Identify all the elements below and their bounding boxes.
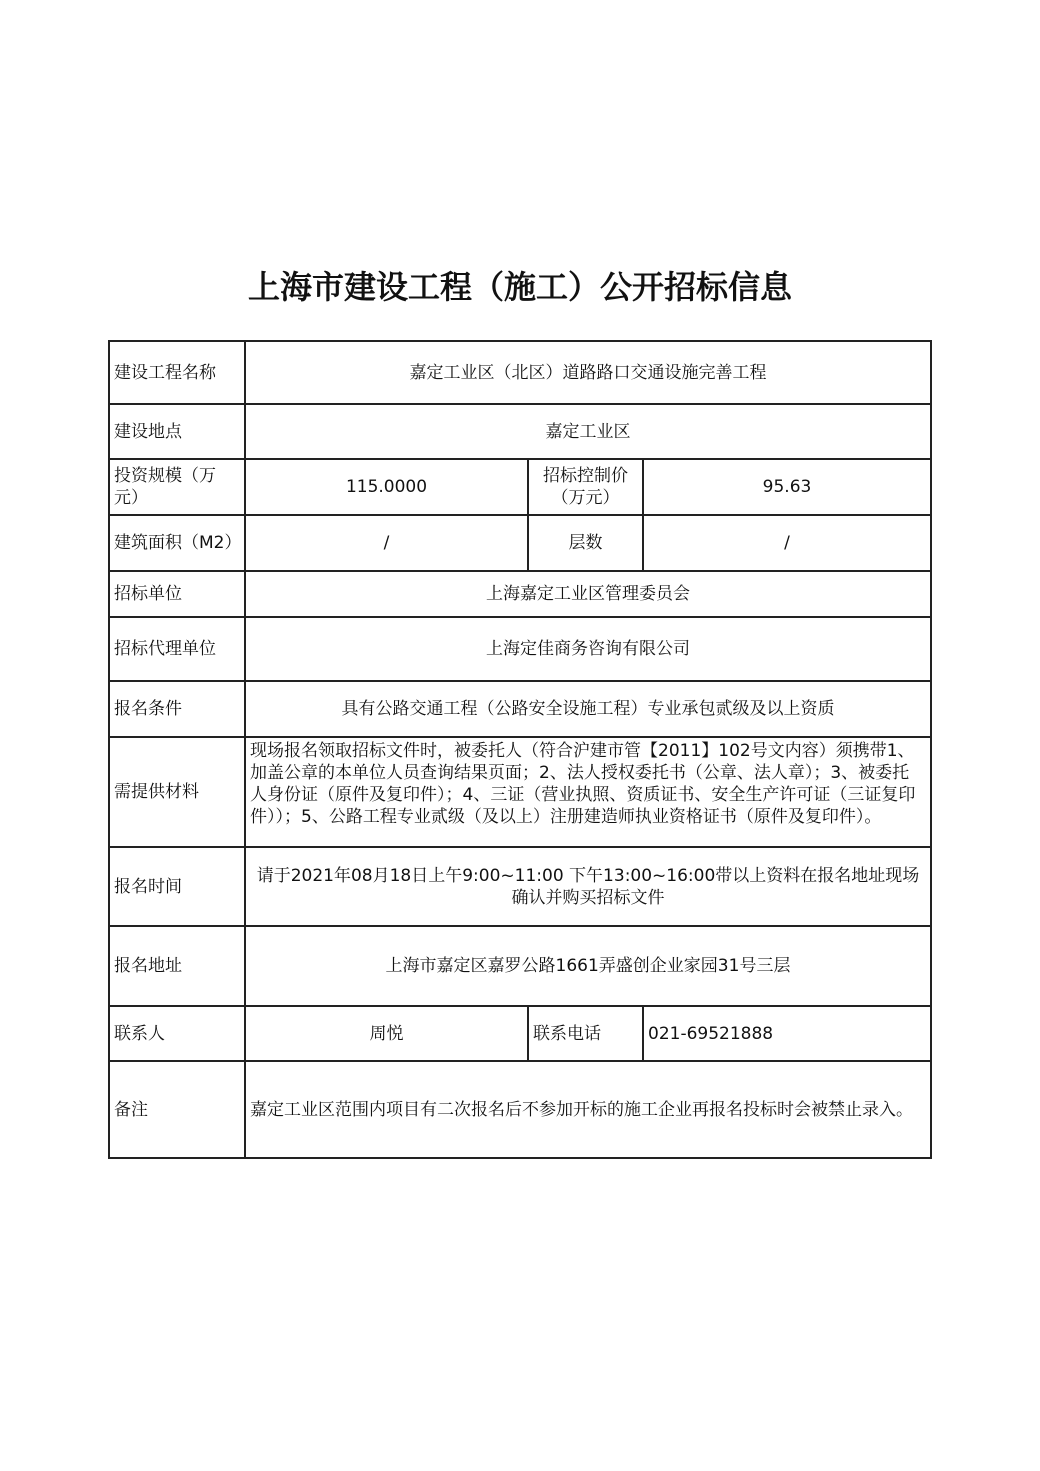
row-reg-time: 报名时间 请于2021年08月18日上午9:00~11:00 下午13:00~1… xyxy=(109,847,931,926)
row-location: 建设地点 嘉定工业区 xyxy=(109,404,931,459)
value-contact: 周悦 xyxy=(245,1006,528,1061)
value-tenderer: 上海嘉定工业区管理委员会 xyxy=(245,571,931,617)
row-reg-address: 报名地址 上海市嘉定区嘉罗公路1661弄盛创企业家园31号三层 xyxy=(109,926,931,1006)
label-contact: 联系人 xyxy=(109,1006,245,1061)
value-materials: 现场报名领取招标文件时，被委托人（符合沪建市管【2011】102号文内容）须携带… xyxy=(250,740,926,844)
page-title: 上海市建设工程（施工）公开招标信息 xyxy=(0,262,1040,308)
value-location: 嘉定工业区 xyxy=(245,404,931,459)
label-materials: 需提供材料 xyxy=(109,737,245,847)
label-control-price: 招标控制价（万元） xyxy=(528,459,643,515)
label-project-name: 建设工程名称 xyxy=(109,341,245,404)
value-reg-time: 请于2021年08月18日上午9:00~11:00 下午13:00~16:00带… xyxy=(245,847,931,926)
row-materials: 需提供材料 现场报名领取招标文件时，被委托人（符合沪建市管【2011】102号文… xyxy=(109,737,931,847)
label-conditions: 报名条件 xyxy=(109,681,245,737)
tender-info-table: 建设工程名称 嘉定工业区（北区）道路路口交通设施完善工程 建设地点 嘉定工业区 … xyxy=(108,340,932,1159)
row-project-name: 建设工程名称 嘉定工业区（北区）道路路口交通设施完善工程 xyxy=(109,341,931,404)
value-floors: / xyxy=(643,515,931,571)
row-tenderer: 招标单位 上海嘉定工业区管理委员会 xyxy=(109,571,931,617)
value-control-price: 95.63 xyxy=(643,459,931,515)
value-investment: 115.0000 xyxy=(245,459,528,515)
value-project-name: 嘉定工业区（北区）道路路口交通设施完善工程 xyxy=(245,341,931,404)
label-investment: 投资规模（万元） xyxy=(109,459,245,515)
row-investment: 投资规模（万元） 115.0000 招标控制价（万元） 95.63 xyxy=(109,459,931,515)
value-conditions: 具有公路交通工程（公路安全设施工程）专业承包贰级及以上资质 xyxy=(245,681,931,737)
label-floors: 层数 xyxy=(528,515,643,571)
value-remarks: 嘉定工业区范围内项目有二次报名后不参加开标的施工企业再报名投标时会被禁止录入。 xyxy=(245,1061,931,1158)
value-reg-address: 上海市嘉定区嘉罗公路1661弄盛创企业家园31号三层 xyxy=(245,926,931,1006)
row-area: 建筑面积（M2） / 层数 / xyxy=(109,515,931,571)
row-remarks: 备注 嘉定工业区范围内项目有二次报名后不参加开标的施工企业再报名投标时会被禁止录… xyxy=(109,1061,931,1158)
value-agent: 上海定佳商务咨询有限公司 xyxy=(245,617,931,681)
value-area: / xyxy=(245,515,528,571)
row-contact: 联系人 周悦 联系电话 021-69521888 xyxy=(109,1006,931,1061)
row-agent: 招标代理单位 上海定佳商务咨询有限公司 xyxy=(109,617,931,681)
label-location: 建设地点 xyxy=(109,404,245,459)
value-phone: 021-69521888 xyxy=(643,1006,931,1061)
value-materials-cell: 现场报名领取招标文件时，被委托人（符合沪建市管【2011】102号文内容）须携带… xyxy=(245,737,931,847)
label-area: 建筑面积（M2） xyxy=(109,515,245,571)
row-conditions: 报名条件 具有公路交通工程（公路安全设施工程）专业承包贰级及以上资质 xyxy=(109,681,931,737)
label-reg-address: 报名地址 xyxy=(109,926,245,1006)
label-remarks: 备注 xyxy=(109,1061,245,1158)
label-agent: 招标代理单位 xyxy=(109,617,245,681)
label-tenderer: 招标单位 xyxy=(109,571,245,617)
label-phone: 联系电话 xyxy=(528,1006,643,1061)
label-reg-time: 报名时间 xyxy=(109,847,245,926)
